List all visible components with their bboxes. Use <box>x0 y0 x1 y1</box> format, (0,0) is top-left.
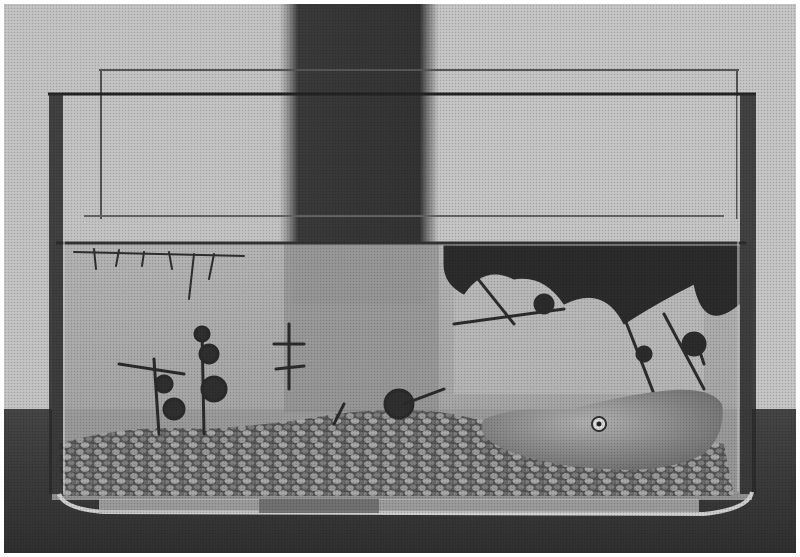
photo-canvas <box>4 4 796 553</box>
aquarium-photograph <box>4 4 796 553</box>
